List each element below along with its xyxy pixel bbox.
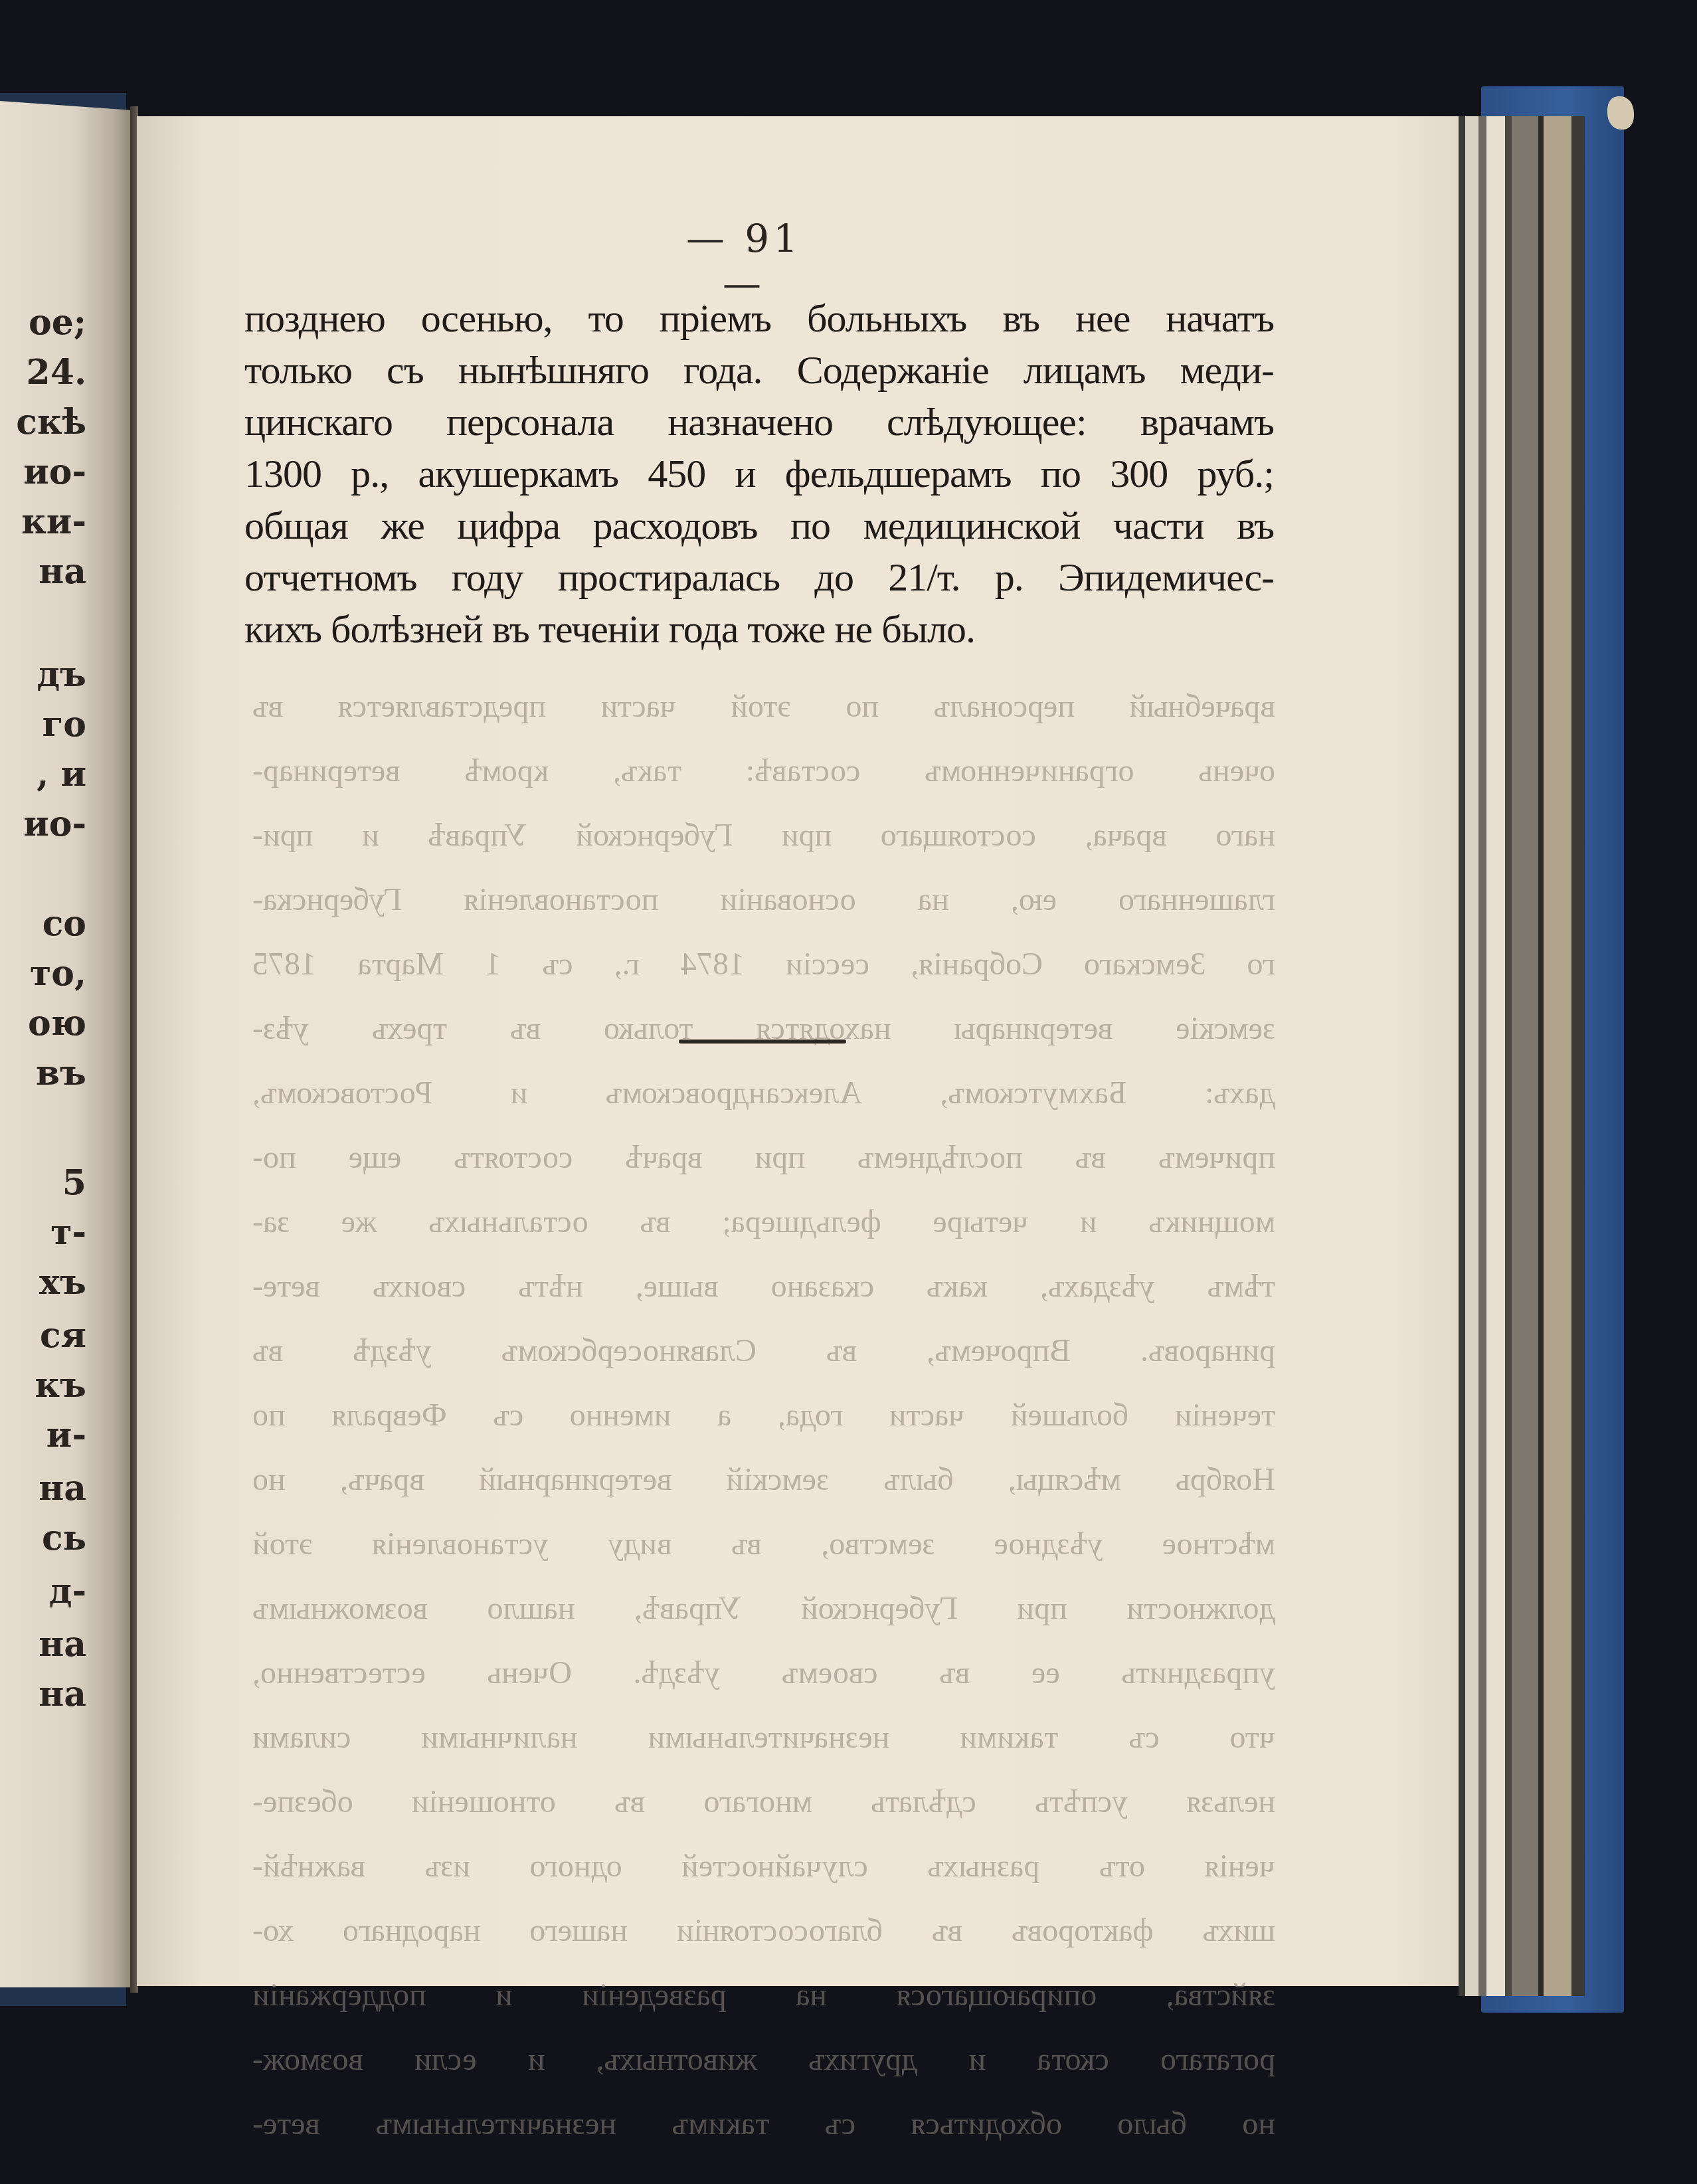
section-separator-rule: [679, 1040, 846, 1044]
left-page-fragment: ки-: [21, 505, 86, 539]
left-page: ое;24.скѣио-ки-надъго, иио-сото,оювъ5т-х…: [0, 101, 133, 1987]
text-line: цинскаго персонала назначено слѣдующее: …: [244, 396, 1274, 448]
bleed-through-line: упразднить ее въ своемъ уѣздѣ. Очень ест…: [252, 1641, 1275, 1705]
left-page-fragment: ио-: [23, 807, 86, 842]
bleed-through-line: мѣстное уѣздное земство, въ виду установ…: [252, 1512, 1275, 1576]
left-page-fragment: 24.: [27, 355, 86, 390]
bleed-through-line: тѣмъ уѣздахъ, какъ сказано выше, нѣтъ св…: [252, 1254, 1275, 1319]
bleed-through-line: шихъ факторовъ въ благосостояніи нашего …: [252, 1898, 1275, 1963]
body-paragraph: позднею осенью, то пріемъ больныхъ въ не…: [244, 292, 1274, 655]
left-page-fragment: ся: [40, 1319, 86, 1353]
bleed-through-line: го Земскаго Собранія, сессіи 1874 г., съ…: [252, 932, 1275, 996]
bleed-through-line: глашеннаго ею, на основаніи постановлені…: [252, 867, 1275, 932]
bleed-through-line: но было обходиться съ такимъ незначитель…: [252, 2092, 1275, 2156]
bleed-through-line: наго врача, состоящаго при Губернской Уп…: [252, 803, 1275, 867]
torn-cover-corner: [1607, 96, 1634, 130]
left-page-fragment: го: [42, 707, 86, 742]
left-page-fragment: то,: [30, 956, 86, 991]
bleed-through-text: врачебный персоналъ по этой части предст…: [252, 674, 1275, 2156]
bleed-through-line: должности при Губернской Управѣ, нашло в…: [252, 1576, 1275, 1641]
bleed-through-line: нельзя успѣть сдѣлать многаго въ отношен…: [252, 1770, 1275, 1834]
text-line: отчетномъ году простиралась до 21/т. р. …: [244, 551, 1274, 603]
bleed-through-line: зяйства, опирающагося на разведеніи и по…: [252, 1963, 1275, 2027]
left-page-fragment: ое;: [29, 306, 86, 340]
text-line: позднею осенью, то пріемъ больныхъ въ не…: [244, 292, 1274, 344]
text-line: общая же цифра расходовъ по медицинской …: [244, 500, 1274, 551]
left-page-fragment: на: [39, 1627, 86, 1662]
bleed-through-line: что съ такими незначительными наличными …: [252, 1705, 1275, 1770]
text-line: только съ нынѣшняго года. Содержаніе лиц…: [244, 344, 1274, 396]
left-page-fragment: хъ: [39, 1265, 86, 1300]
left-page-fragment: къ: [35, 1368, 86, 1403]
bleed-through-line: мощникъ и четыре фельдшера; въ остальных…: [252, 1190, 1275, 1254]
bleed-through-line: ченія отъ разныхъ случайностей одного из…: [252, 1834, 1275, 1898]
bleed-through-line: очень ограниченномъ составѣ: такъ, кромѣ…: [252, 739, 1275, 803]
left-page-fragment: на: [39, 555, 86, 589]
bleed-through-line: земскіе ветеринары находятся только въ т…: [252, 996, 1275, 1061]
bleed-through-line: рогатаго скота и другихъ животныхъ, и ес…: [252, 2027, 1275, 2092]
bleed-through-line: теченіи большей части года, а именно съ …: [252, 1383, 1275, 1447]
left-page-fragment: скѣ: [16, 405, 86, 440]
text-line: кихъ болѣзней въ теченіи года тоже не бы…: [244, 603, 1274, 655]
left-page-fragment: т-: [50, 1216, 86, 1250]
left-page-fragment: въ: [36, 1056, 86, 1091]
left-page-fragment: со: [43, 907, 86, 941]
page-block-edges: [1459, 116, 1585, 1996]
text-line: 1300 р., акушеркамъ 450 и фельдшерамъ по…: [244, 448, 1274, 500]
bleed-through-line: ринаровъ. Впрочемъ, въ Славяносербскомъ …: [252, 1319, 1275, 1383]
left-page-fragment: на: [39, 1471, 86, 1506]
bleed-through-line: Ноябрь мѣсяцы, былъ земскій ветеринарный…: [252, 1447, 1275, 1512]
bleed-through-line: врачебный персоналъ по этой части предст…: [252, 674, 1275, 739]
left-page-fragment: 5: [62, 1166, 86, 1200]
bleed-through-line: причемъ въ послѣднемъ при врачѣ состоятъ…: [252, 1125, 1275, 1190]
left-page-fragment: сь: [42, 1521, 86, 1556]
left-page-fragment: ою: [28, 1006, 86, 1041]
left-page-fragment: на: [39, 1677, 86, 1712]
left-page-fragment: д-: [49, 1574, 86, 1609]
left-page-fragment: , и: [37, 757, 86, 792]
left-page-fragment: ио-: [23, 455, 86, 490]
left-page-fragment: и-: [46, 1418, 86, 1453]
left-page-fragment: дъ: [37, 658, 86, 692]
bleed-through-line: дахъ: Бахмутскомъ, Александровскомъ и Ро…: [252, 1061, 1275, 1125]
